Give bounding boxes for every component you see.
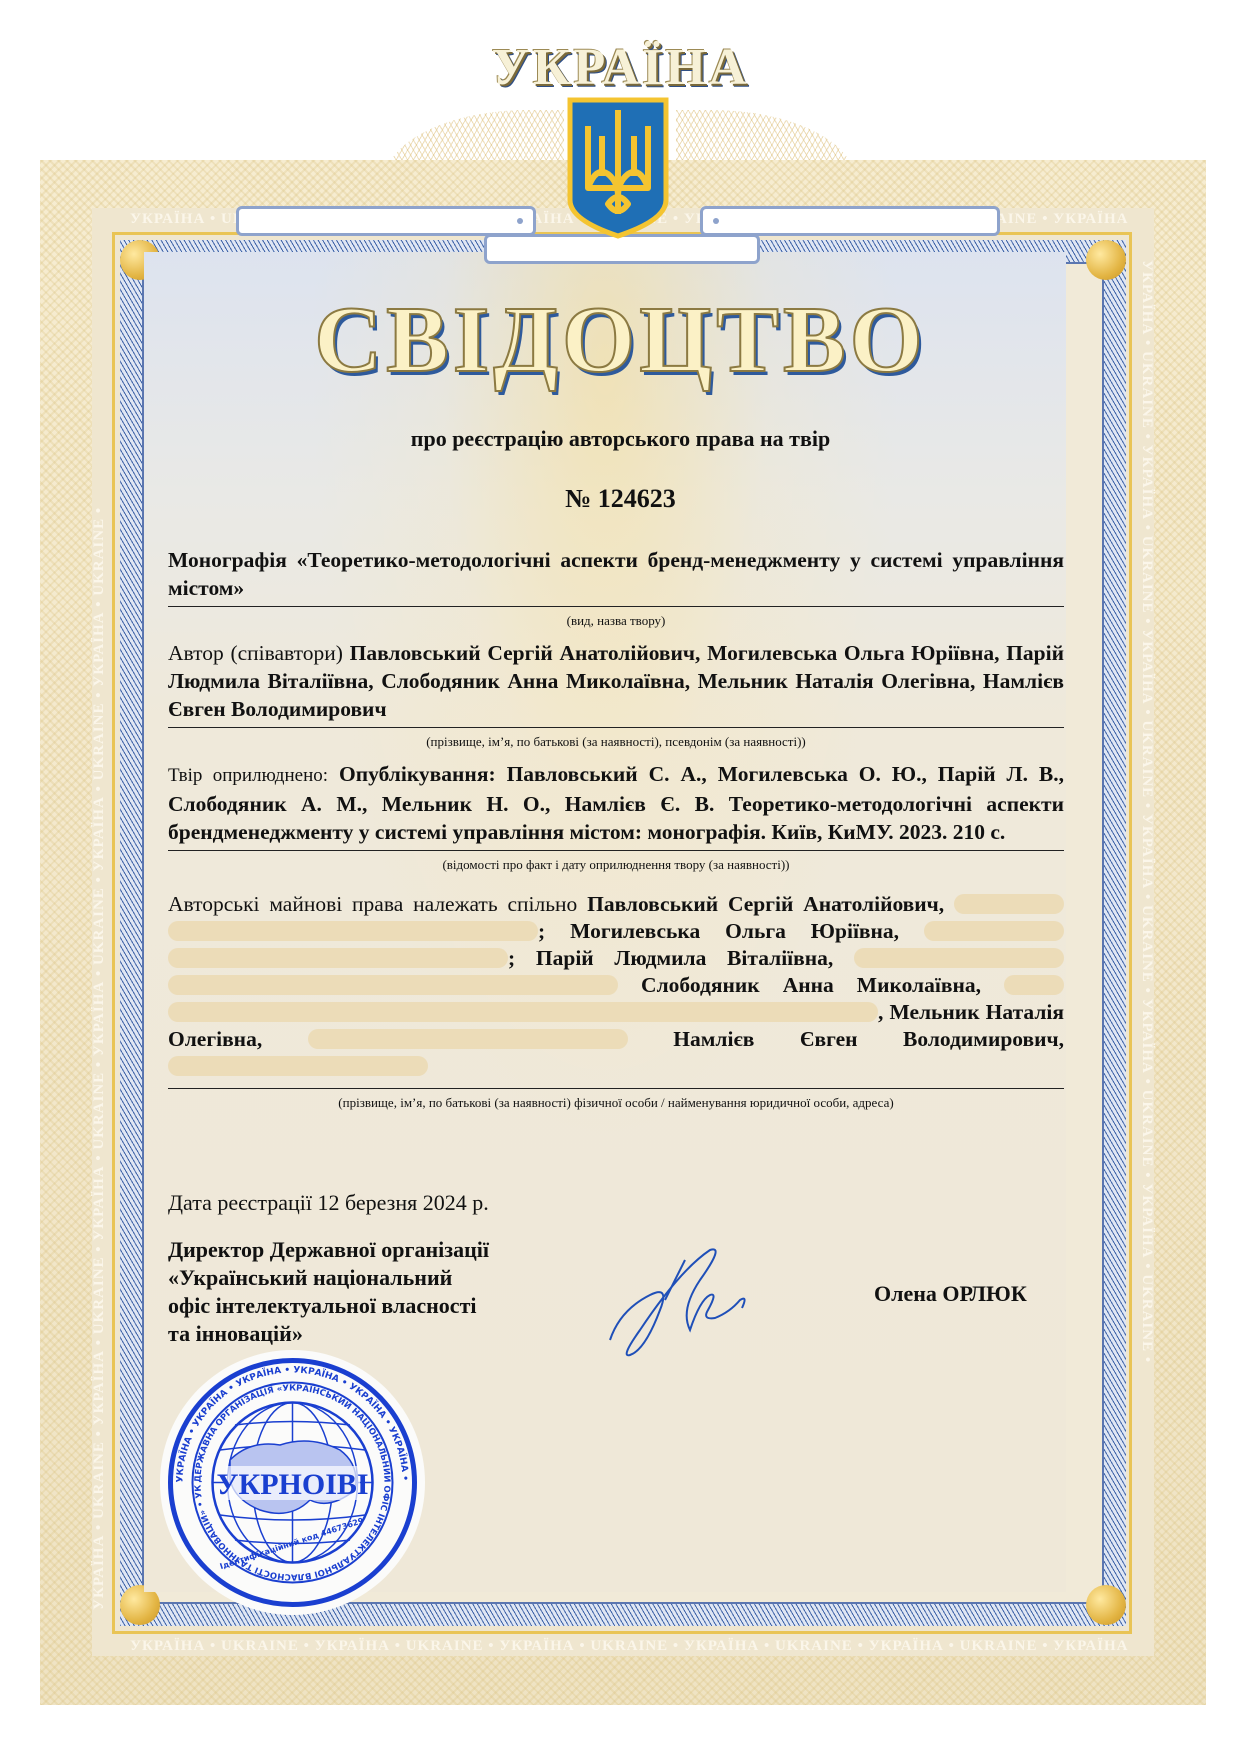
- rights-holder: Слободяник Анна Миколаївна,: [641, 973, 981, 997]
- redacted-address: [168, 975, 618, 995]
- redacted-address: [854, 948, 1064, 968]
- rights-field: Авторські майнові права належать спільно…: [168, 891, 1064, 1111]
- divider: [168, 606, 1064, 607]
- certificate-content: Монографія «Теоретико-методологічні аспе…: [168, 546, 1064, 1121]
- official-seal: УКРАЇНА • УКРАЇНА • УКРАЇНА • УКРАЇНА • …: [160, 1350, 425, 1615]
- divider: [168, 1088, 1064, 1089]
- certificate-number: № 124623: [0, 484, 1241, 514]
- registration-date: Дата реєстрації 12 березня 2024 р.: [168, 1190, 489, 1216]
- corner-globe-icon: [1086, 240, 1126, 280]
- seal-emblem-icon: УКРАЇНА • УКРАЇНА • УКРАЇНА • УКРАЇНА • …: [160, 1350, 425, 1615]
- divider: [168, 850, 1064, 851]
- border-text-left: УКРАЇНА • UKRAINE • УКРАЇНА • UKRAINE • …: [88, 260, 110, 1610]
- work-field: Монографія «Теоретико-методологічні аспе…: [168, 546, 1064, 629]
- redacted-address: [168, 921, 538, 941]
- publication-label: Твір оприлюднено:: [168, 765, 328, 786]
- rights-holder: ; Могилевська Ольга Юріївна,: [538, 919, 899, 943]
- director-position-line: «Український національний: [168, 1264, 588, 1292]
- header-plate-right: [700, 206, 1000, 236]
- header-plate-left: [236, 206, 536, 236]
- director-name: Олена ОРЛЮК: [874, 1281, 1027, 1307]
- certificate-subtitle: про реєстрацію авторського права на твір: [0, 426, 1241, 452]
- publication-field: Твір оприлюднено: Опублікування: Павловс…: [168, 760, 1064, 873]
- coat-of-arms-icon: [566, 96, 670, 240]
- redacted-address: [954, 894, 1064, 914]
- country-title: УКРАЇНА: [0, 38, 1241, 97]
- rights-label: Авторські майнові права належать спільно: [168, 892, 577, 916]
- director-position-line: та інновацій»: [168, 1320, 588, 1348]
- work-title: Монографія «Теоретико-методологічні аспе…: [168, 548, 1064, 600]
- publication-caption: (відомості про факт і дату оприлюднення …: [168, 857, 1064, 873]
- director-position-line: офіс інтелектуальної власності: [168, 1292, 588, 1320]
- redacted-address: [924, 921, 1064, 941]
- rights-holder: ; Парій Людмила Віталіївна,: [508, 946, 833, 970]
- divider: [168, 727, 1064, 728]
- certificate-title: СВІДОЦТВО: [0, 286, 1241, 394]
- redacted-address: [168, 1002, 878, 1022]
- director-position: Директор Державної організації «Українсь…: [168, 1236, 588, 1348]
- redacted-address: [168, 948, 508, 968]
- work-caption: (вид, назва твору): [168, 613, 1064, 629]
- redacted-address: [168, 1056, 428, 1076]
- border-text-bottom: УКРАЇНА • UKRAINE • УКРАЇНА • UKRAINE • …: [130, 1635, 1130, 1657]
- signature: [590, 1240, 760, 1360]
- rights-holder: Намлієв Євген Володимирович,: [673, 1027, 1064, 1051]
- director-position-line: Директор Державної організації: [168, 1236, 588, 1264]
- redacted-address: [308, 1029, 628, 1049]
- authors-label: Автор (співавтори): [168, 641, 343, 665]
- authors-caption: (прізвище, ім’я, по батькові (за наявнос…: [168, 734, 1064, 750]
- authors-field: Автор (співавтори) Павловський Сергій Ан…: [168, 639, 1064, 750]
- border-text-right: УКРАЇНА • UKRAINE • УКРАЇНА • UKRAINE • …: [1136, 260, 1158, 1610]
- corner-globe-icon: [1086, 1585, 1126, 1625]
- rights-holder: Павловський Сергій Анатолійович,: [587, 892, 944, 916]
- redacted-address: [1004, 975, 1064, 995]
- svg-text:УКРНОІВІ: УКРНОІВІ: [216, 1468, 368, 1501]
- rights-caption: (прізвище, ім’я, по батькові (за наявнос…: [168, 1095, 1064, 1111]
